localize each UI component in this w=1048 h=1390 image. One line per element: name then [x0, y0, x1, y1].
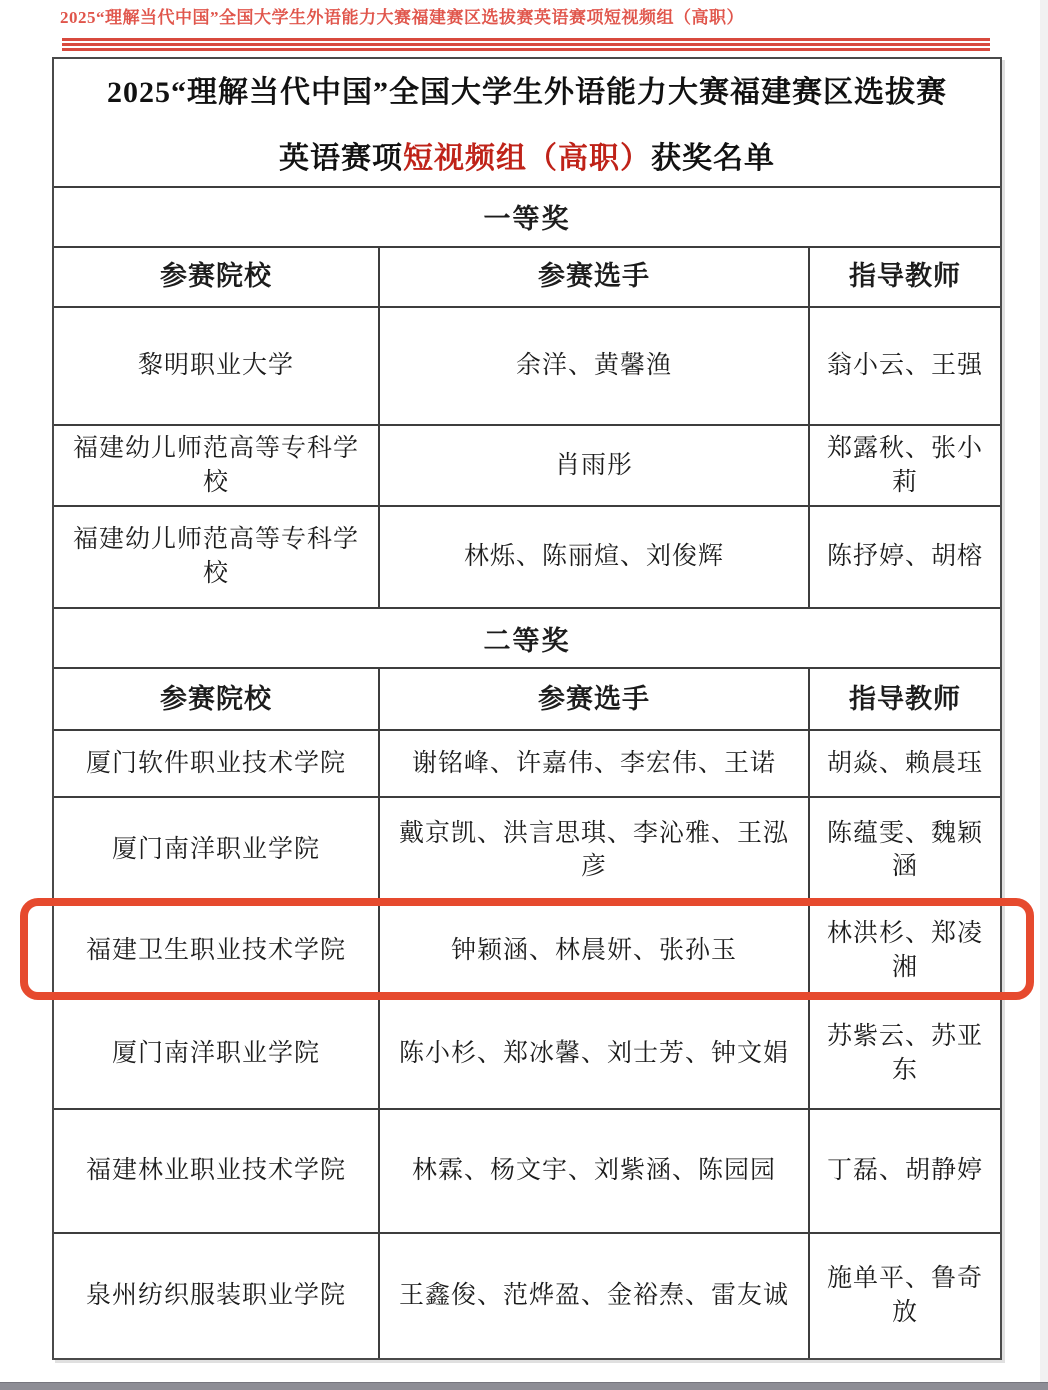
teachers-cell: 施单平、鲁奇放: [810, 1234, 1000, 1358]
contestants-cell: 林霖、杨文宇、刘紫涵、陈园园: [380, 1110, 810, 1234]
school-cell: 黎明职业大学: [54, 308, 380, 427]
column-header-teachers: 指导教师: [810, 669, 1000, 731]
school-cell: 厦门软件职业技术学院: [54, 731, 380, 798]
red-rule-divider: [62, 38, 990, 51]
section-label-first-prize: 一等奖: [54, 188, 1000, 248]
contestants-cell: 戴京凯、洪言思琪、李沁雅、王泓彦: [380, 798, 810, 905]
table-row: 黎明职业大学 余洋、黄馨渔 翁小云、王强: [54, 308, 1000, 427]
table-row: 厦门南洋职业学院 戴京凯、洪言思琪、李沁雅、王泓彦 陈蕴雯、魏颖涵: [54, 798, 1000, 905]
teachers-cell: 胡焱、赖晨珏: [810, 731, 1000, 798]
school-cell: 泉州纺织服装职业学院: [54, 1234, 380, 1358]
school-cell: 福建林业职业技术学院: [54, 1110, 380, 1234]
column-header-contestants: 参赛选手: [380, 669, 810, 731]
teachers-cell: 丁磊、胡静婷: [810, 1110, 1000, 1234]
contestants-cell: 谢铭峰、许嘉伟、李宏伟、王诺: [380, 731, 810, 798]
window-edge-bar: [0, 1382, 1048, 1390]
teachers-cell: 陈抒婷、胡榕: [810, 507, 1000, 609]
award-list-document: 2025“理解当代中国”全国大学生外语能力大赛福建赛区选拔赛 英语赛项短视频组（…: [52, 57, 1002, 1360]
table-header-row: 参赛院校 参赛选手 指导教师: [54, 669, 1000, 731]
table-row: 厦门南洋职业学院 陈小杉、郑冰馨、刘士芳、钟文娟 苏紫云、苏亚东: [54, 1000, 1000, 1111]
document-header-note: 2025“理解当代中国”全国大学生外语能力大赛福建赛区选拔赛英语赛项短视频组（高…: [60, 3, 1020, 28]
school-cell: 福建幼儿师范高等专科学校: [54, 507, 380, 609]
section-label-second-prize: 二等奖: [54, 609, 1000, 669]
title-line2-prefix: 英语赛项: [279, 142, 403, 175]
title-line-2: 英语赛项短视频组（高职）获奖名单: [279, 133, 775, 177]
school-cell: 厦门南洋职业学院: [54, 798, 380, 905]
title-line2-suffix: 获奖名单: [651, 142, 775, 175]
page-right-edge: [1040, 0, 1048, 1390]
title-line-1: 2025“理解当代中国”全国大学生外语能力大赛福建赛区选拔赛: [107, 67, 947, 111]
table-row: 福建林业职业技术学院 林霖、杨文宇、刘紫涵、陈园园 丁磊、胡静婷: [54, 1110, 1000, 1234]
column-header-contestants: 参赛选手: [380, 248, 810, 308]
table-row: 厦门软件职业技术学院 谢铭峰、许嘉伟、李宏伟、王诺 胡焱、赖晨珏: [54, 731, 1000, 798]
contestants-cell: 王鑫俊、范烨盈、金裕焘、雷友诚: [380, 1234, 810, 1358]
red-annotation-highlight: [20, 898, 1034, 1000]
contestants-cell: 林烁、陈丽煊、刘俊辉: [380, 507, 810, 609]
school-cell: 厦门南洋职业学院: [54, 1000, 380, 1111]
school-cell: 福建幼儿师范高等专科学校: [54, 426, 380, 507]
contestants-cell: 陈小杉、郑冰馨、刘士芳、钟文娟: [380, 1000, 810, 1111]
column-header-teachers: 指导教师: [810, 248, 1000, 308]
table-header-row: 参赛院校 参赛选手 指导教师: [54, 248, 1000, 308]
column-header-school: 参赛院校: [54, 669, 380, 731]
contestants-cell: 肖雨彤: [380, 426, 810, 507]
table-row: 福建幼儿师范高等专科学校 林烁、陈丽煊、刘俊辉 陈抒婷、胡榕: [54, 507, 1000, 609]
teachers-cell: 翁小云、王强: [810, 308, 1000, 427]
teachers-cell: 陈蕴雯、魏颖涵: [810, 798, 1000, 905]
table-row: 福建幼儿师范高等专科学校 肖雨彤 郑露秋、张小莉: [54, 426, 1000, 507]
table-row: 泉州纺织服装职业学院 王鑫俊、范烨盈、金裕焘、雷友诚 施单平、鲁奇放: [54, 1234, 1000, 1358]
teachers-cell: 郑露秋、张小莉: [810, 426, 1000, 507]
column-header-school: 参赛院校: [54, 248, 380, 308]
document-title: 2025“理解当代中国”全国大学生外语能力大赛福建赛区选拔赛 英语赛项短视频组（…: [54, 59, 1000, 188]
contestants-cell: 余洋、黄馨渔: [380, 308, 810, 427]
title-line2-highlight: 短视频组（高职）: [403, 142, 651, 175]
teachers-cell: 苏紫云、苏亚东: [810, 1000, 1000, 1111]
